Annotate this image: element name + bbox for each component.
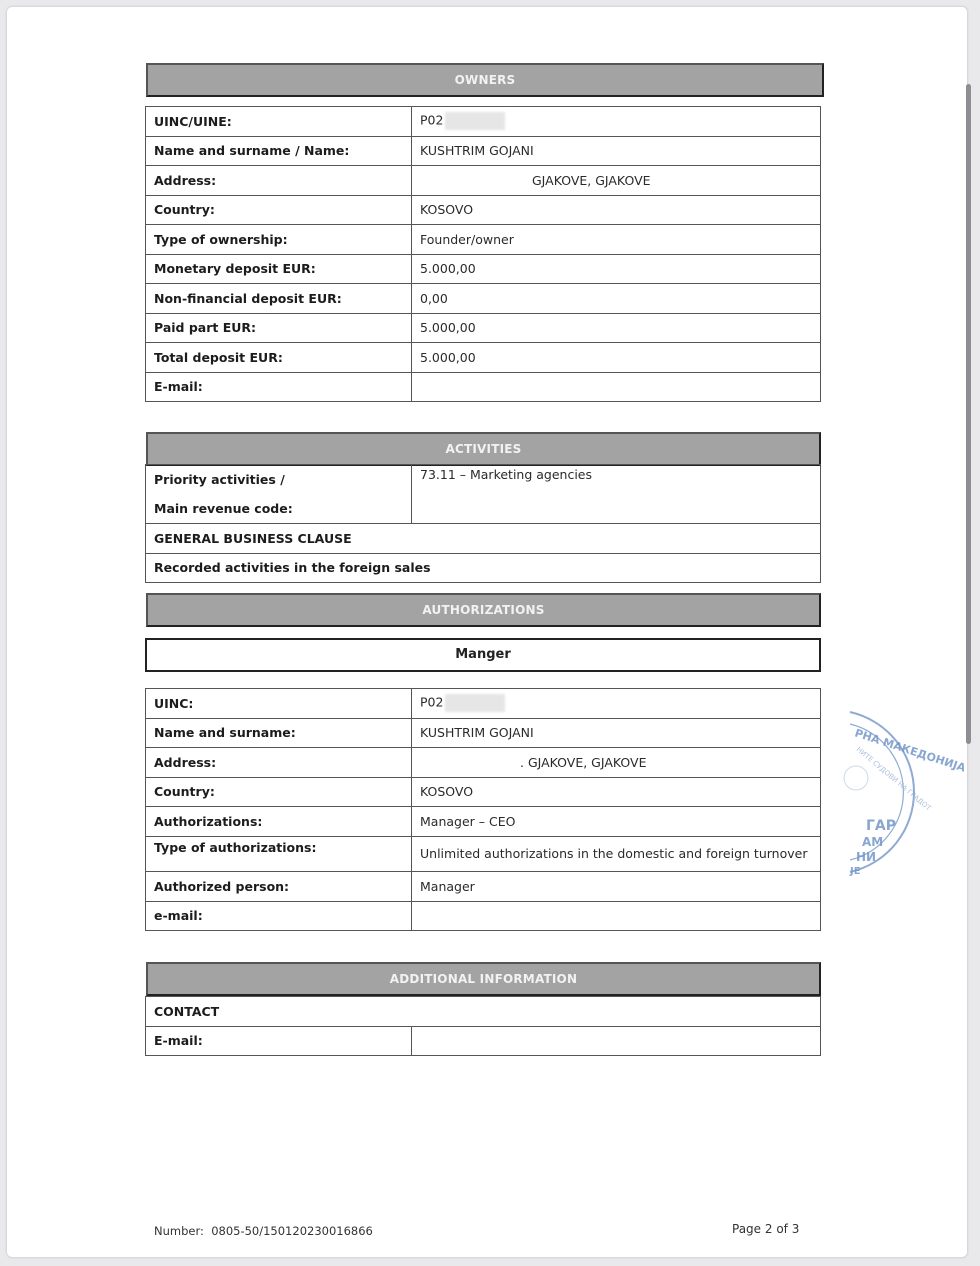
authorized-person-label: Authorized person: xyxy=(146,872,412,902)
monetary-deposit-label: Monetary deposit EUR: xyxy=(146,254,412,284)
table-row: Monetary deposit EUR: 5.000,00 xyxy=(146,254,821,284)
auth-type-value: Unlimited authorizations in the domestic… xyxy=(412,836,821,872)
table-row: Country: KOSOVO xyxy=(146,195,821,225)
table-row: Total deposit EUR: 5.000,00 xyxy=(146,343,821,373)
general-business-clause: GENERAL BUSINESS CLAUSE xyxy=(146,524,821,554)
auth-address-label: Address: xyxy=(146,748,412,778)
redacted-block xyxy=(445,112,505,130)
table-row: Type of ownership: Founder/owner xyxy=(146,225,821,255)
ownership-type-label: Type of ownership: xyxy=(146,225,412,255)
auth-address-value: . GJAKOVE, GJAKOVE xyxy=(412,748,821,778)
auth-type-label: Type of authorizations: xyxy=(146,836,412,872)
table-row: Authorizations: Manager – CEO xyxy=(146,807,821,837)
owner-uinc-value: P02 xyxy=(412,107,821,137)
authorizations-header: AUTHORIZATIONS xyxy=(146,593,821,627)
owner-address-label: Address: xyxy=(146,166,412,196)
contact-email-label: E-mail: xyxy=(146,1026,412,1056)
table-row: UINC/UINE: P02 xyxy=(146,107,821,137)
table-row: CONTACT xyxy=(146,997,821,1027)
paid-part-value: 5.000,00 xyxy=(412,313,821,343)
owner-country-label: Country: xyxy=(146,195,412,225)
redacted-block xyxy=(445,694,505,712)
auth-uinc-label: UINC: xyxy=(146,689,412,719)
auth-email-label: e-mail: xyxy=(146,901,412,931)
owner-uinc-label: UINC/UINE: xyxy=(146,107,412,137)
additional-info-table: CONTACT E-mail: xyxy=(145,996,821,1056)
owners-header: OWNERS xyxy=(146,63,824,97)
table-row: Address: . GJAKOVE, GJAKOVE xyxy=(146,748,821,778)
total-deposit-value: 5.000,00 xyxy=(412,343,821,373)
contact-email-value xyxy=(412,1026,821,1056)
owner-email-label: E-mail: xyxy=(146,372,412,402)
document-number: Number: 0805-50/150120230016866 xyxy=(154,1224,373,1238)
contact-label: CONTACT xyxy=(146,997,821,1027)
activities-table: Priority activities / Main revenue code:… xyxy=(145,464,821,583)
table-row: UINC: P02 xyxy=(146,689,821,719)
table-row: Priority activities / Main revenue code:… xyxy=(146,465,821,524)
auth-email-value xyxy=(412,901,821,931)
authorizations-table: UINC: P02 Name and surname: KUSHTRIM GOJ… xyxy=(145,688,821,931)
authorized-person-value: Manager xyxy=(412,872,821,902)
monetary-deposit-value: 5.000,00 xyxy=(412,254,821,284)
table-row: Country: KOSOVO xyxy=(146,777,821,807)
table-row: e-mail: xyxy=(146,901,821,931)
table-row: E-mail: xyxy=(146,372,821,402)
table-row: GENERAL BUSINESS CLAUSE xyxy=(146,524,821,554)
priority-activities-label: Priority activities / Main revenue code: xyxy=(146,465,412,524)
auth-uinc-value: P02 xyxy=(412,689,821,719)
auth-name-value: KUSHTRIM GOJANI xyxy=(412,718,821,748)
auth-country-value: KOSOVO xyxy=(412,777,821,807)
role-box: Manger xyxy=(145,638,821,672)
table-row: Name and surname: KUSHTRIM GOJANI xyxy=(146,718,821,748)
additional-info-header: ADDITIONAL INFORMATION xyxy=(146,962,821,996)
nonfinancial-deposit-label: Non-financial deposit EUR: xyxy=(146,284,412,314)
activities-header: ACTIVITIES xyxy=(146,432,821,466)
scrollbar-thumb[interactable] xyxy=(966,84,971,744)
owner-address-value: GJAKOVE, GJAKOVE xyxy=(412,166,821,196)
table-row: Recorded activities in the foreign sales xyxy=(146,553,821,583)
table-row: Paid part EUR: 5.000,00 xyxy=(146,313,821,343)
table-row: Authorized person: Manager xyxy=(146,872,821,902)
auth-country-label: Country: xyxy=(146,777,412,807)
page-indicator: Page 2 of 3 xyxy=(732,1222,799,1236)
owner-name-value: KUSHTRIM GOJANI xyxy=(412,136,821,166)
paid-part-label: Paid part EUR: xyxy=(146,313,412,343)
authorizations-value: Manager – CEO xyxy=(412,807,821,837)
total-deposit-label: Total deposit EUR: xyxy=(146,343,412,373)
table-row: E-mail: xyxy=(146,1026,821,1056)
table-row: Type of authorizations: Unlimited author… xyxy=(146,836,821,872)
owner-name-label: Name and surname / Name: xyxy=(146,136,412,166)
nonfinancial-deposit-value: 0,00 xyxy=(412,284,821,314)
owner-country-value: KOSOVO xyxy=(412,195,821,225)
table-row: Name and surname / Name: KUSHTRIM GOJANI xyxy=(146,136,821,166)
authorizations-label: Authorizations: xyxy=(146,807,412,837)
table-row: Address: GJAKOVE, GJAKOVE xyxy=(146,166,821,196)
auth-name-label: Name and surname: xyxy=(146,718,412,748)
owners-table: UINC/UINE: P02 Name and surname / Name: … xyxy=(145,106,821,402)
ownership-type-value: Founder/owner xyxy=(412,225,821,255)
owner-email-value xyxy=(412,372,821,402)
priority-activities-value: 73.11 – Marketing agencies xyxy=(412,465,821,524)
foreign-sales-activities: Recorded activities in the foreign sales xyxy=(146,553,821,583)
table-row: Non-financial deposit EUR: 0,00 xyxy=(146,284,821,314)
